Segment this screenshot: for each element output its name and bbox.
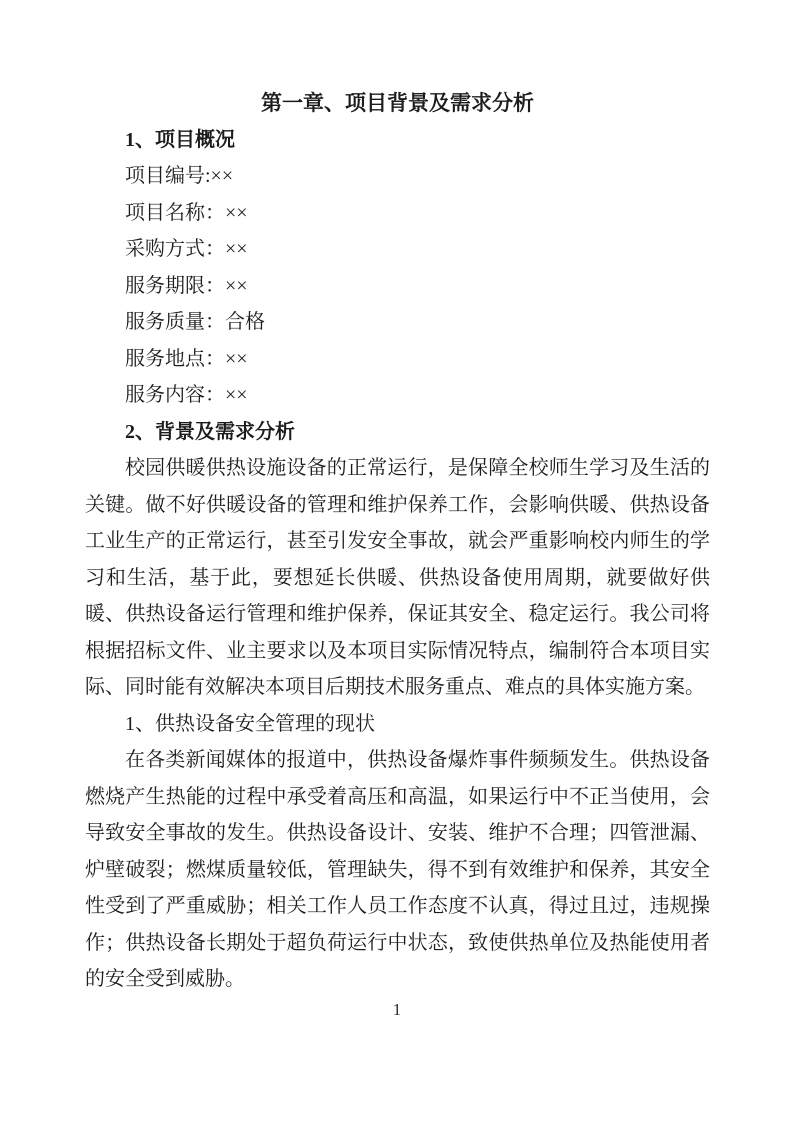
section-heading-project-overview: 1、项目概况 bbox=[85, 122, 710, 159]
field-project-number: 项目编号:×× bbox=[85, 158, 710, 195]
page-number: 1 bbox=[0, 999, 794, 1021]
field-service-location: 服务地点：×× bbox=[85, 341, 710, 378]
paragraph-background: 校园供暖供热设施设备的正常运行，是保障全校师生学习及生活的关键。做不好供暖设备的… bbox=[85, 450, 710, 706]
field-service-quality: 服务质量：合格 bbox=[85, 304, 710, 341]
field-service-content: 服务内容：×× bbox=[85, 377, 710, 414]
document-page: 第一章、项目背景及需求分析 1、项目概况 项目编号:×× 项目名称：×× 采购方… bbox=[0, 0, 794, 1122]
paragraph-safety-status: 在各类新闻媒体的报道中，供热设备爆炸事件频频发生。供热设备燃烧产生热能的过程中承… bbox=[85, 742, 710, 998]
subsection-heading-safety-status: 1、供热设备安全管理的现状 bbox=[85, 706, 710, 743]
field-procurement-method: 采购方式：×× bbox=[85, 231, 710, 268]
field-project-name: 项目名称：×× bbox=[85, 195, 710, 232]
section-heading-background-analysis: 2、背景及需求分析 bbox=[85, 414, 710, 451]
document-content: 第一章、项目背景及需求分析 1、项目概况 项目编号:×× 项目名称：×× 采购方… bbox=[85, 85, 710, 998]
chapter-title: 第一章、项目背景及需求分析 bbox=[85, 85, 710, 122]
field-service-period: 服务期限：×× bbox=[85, 268, 710, 305]
